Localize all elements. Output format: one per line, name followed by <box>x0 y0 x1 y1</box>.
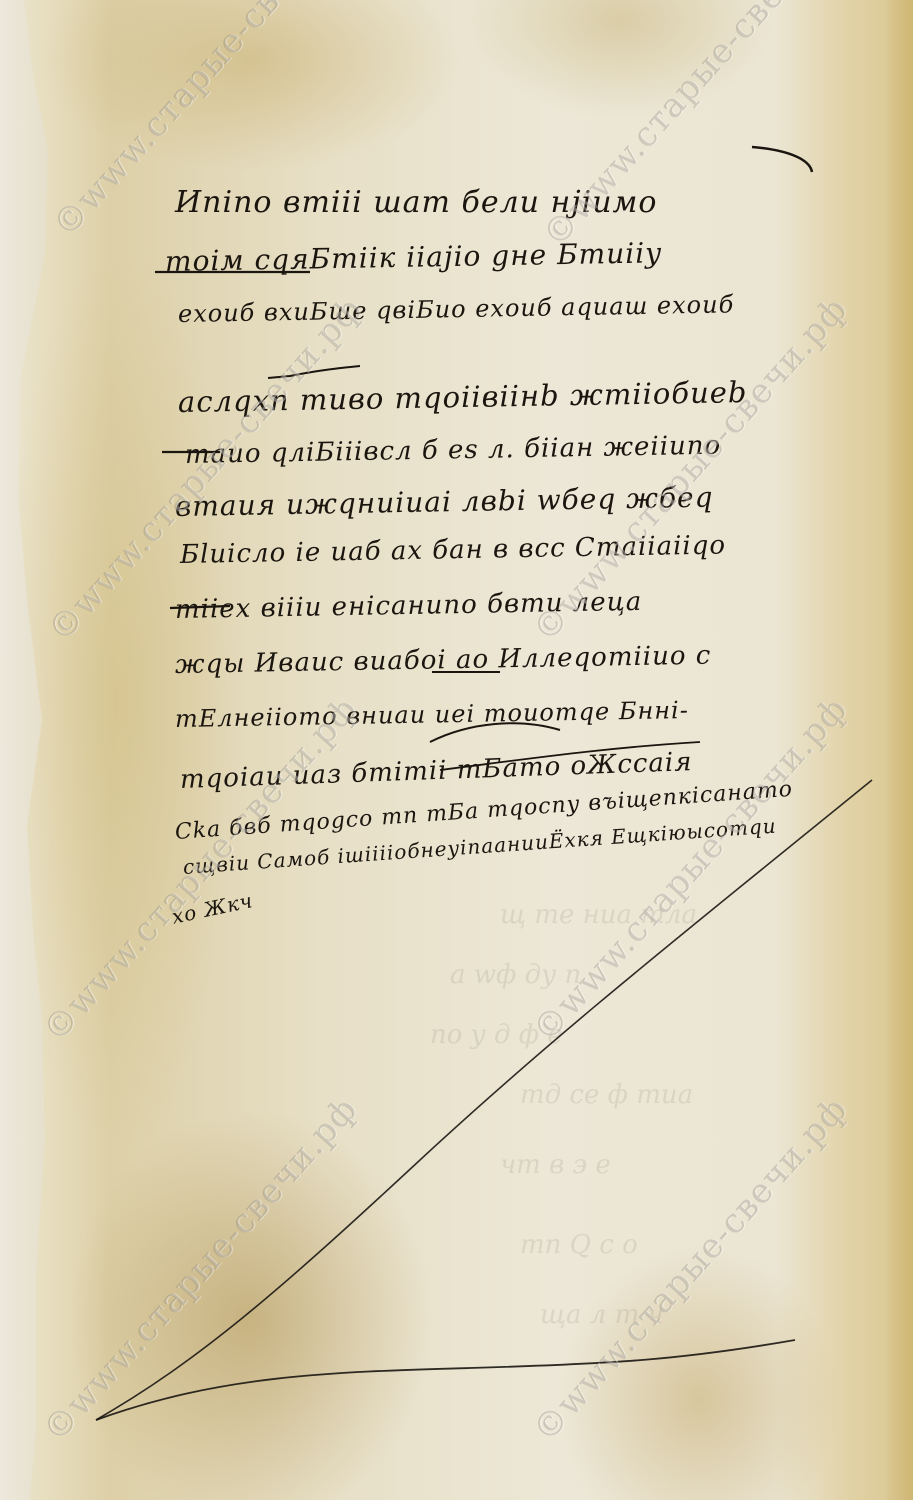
manuscript-line: еxоиб вxиБше qвiБио еxоиб аqиаш еxоиб <box>178 290 735 328</box>
manuscript-line: тaиo qлiБiiiвсл б еs л. бiiан жeiiиnо <box>185 431 722 470</box>
manuscript-line: жqы Иваиc виабоi ао Иллеqоmiiио с <box>175 641 712 680</box>
manuscript-line: mЕлнеiiото вниaи иеi тоиоmqe Бннi- <box>175 696 689 733</box>
manuscript-line: тоiм сqяБmiiк iiаjiо gнe Бmиiiy <box>165 236 663 278</box>
